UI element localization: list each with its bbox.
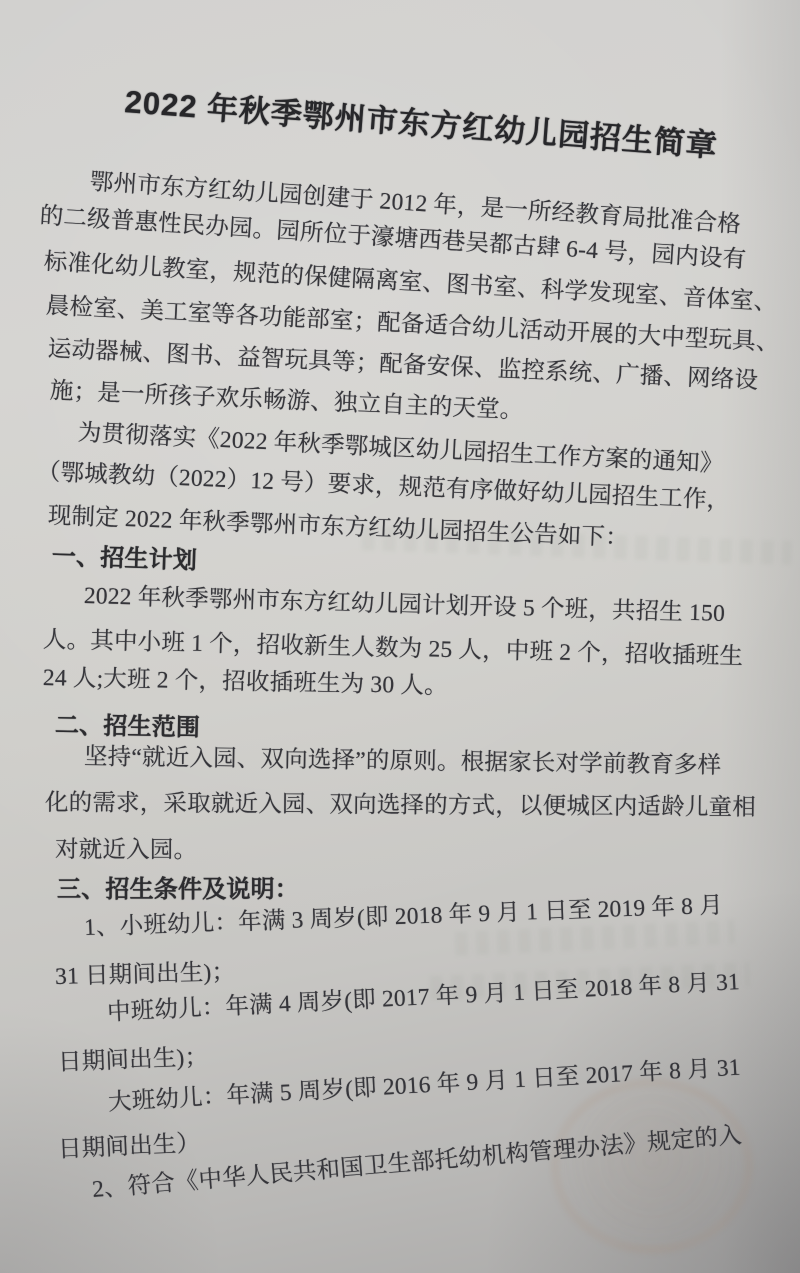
body-line: 日期间出生)；: [57, 1037, 208, 1077]
body-line: 2022 年秋季鄂州市东方红幼儿园计划开设 5 个班，共招生 150: [84, 576, 726, 628]
body-line: 24 人;大班 2 个，招收插班生为 30 人。: [43, 658, 449, 700]
body-line: 坚持“就近入园、双向选择”的原则。根据家长对学前教育多样: [84, 737, 722, 780]
page-title: 2022 年秋季鄂州市东方红幼儿园招生简章: [123, 76, 719, 165]
section-heading: 一、招生计划: [51, 536, 197, 576]
seal-bleed-through: [551, 1078, 753, 1254]
body-line: 日期间出生）: [57, 1124, 201, 1164]
body-line: 31 日期间出生)；: [55, 952, 236, 991]
body-line: 化的需求，采取就近入园、双向选择的方式，以便城区内适龄儿童相: [45, 783, 756, 822]
document-photo: 2022 年秋季鄂州市东方红幼儿园招生简章 鄂州市东方红幼儿园创建于 2012 …: [0, 0, 800, 1273]
body-line: 对就近入园。: [55, 830, 197, 864]
section-heading: 三、招生条件及说明：: [57, 869, 299, 904]
